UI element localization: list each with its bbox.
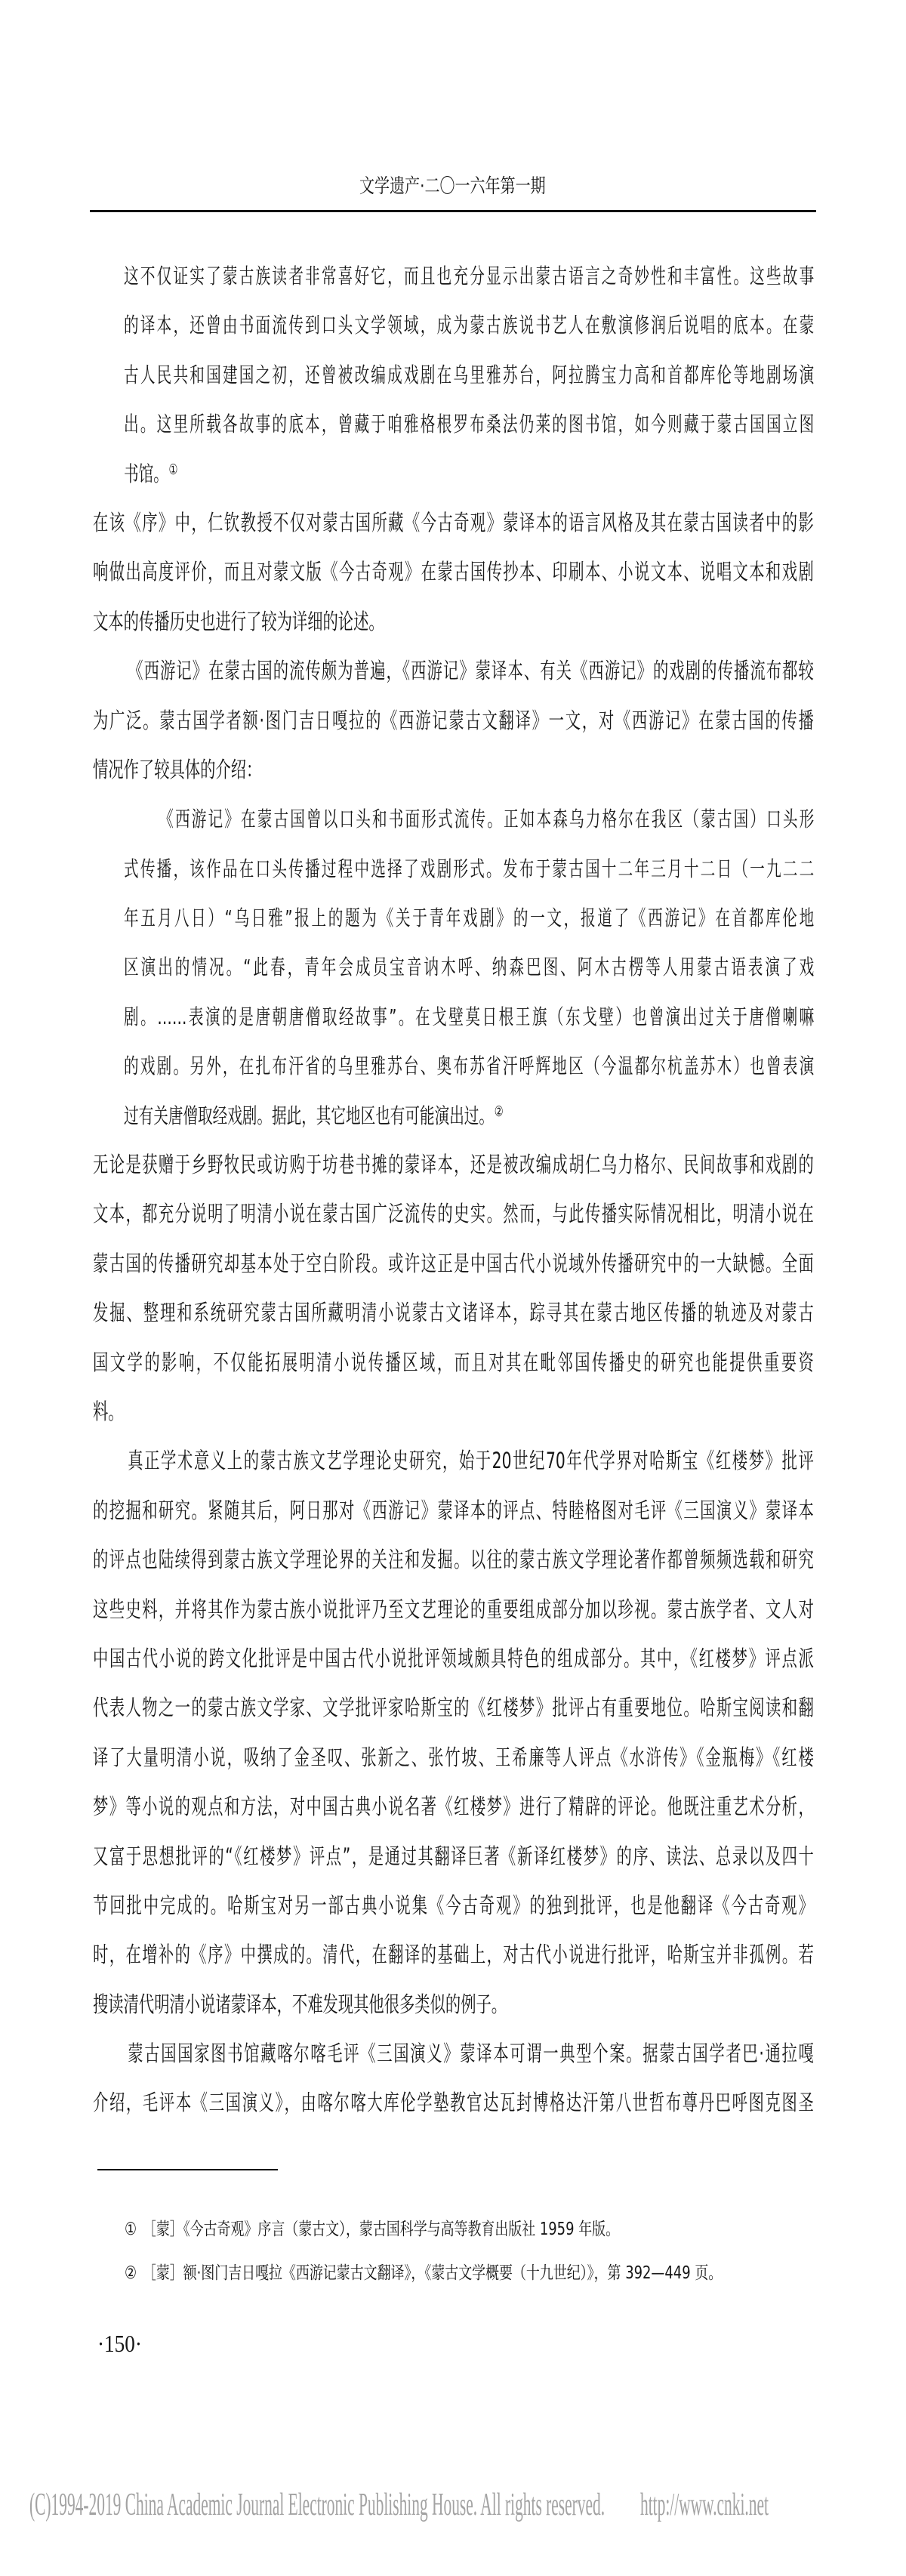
body-text-line: 情况作了较具体的介绍： (93, 745, 814, 794)
body-text-line: 在该《序》中，仁钦教授不仅对蒙古国所藏《今古奇观》蒙译本的语言风格及其在蒙古国读… (93, 498, 814, 548)
body-text-line: 真正学术意义上的蒙古族文艺学理论史研究，始于20世纪70年代学界对哈斯宝《红楼梦… (93, 1436, 814, 1485)
block-quote-line: 年五月八日）“乌日雅”报上的题为《关于青年戏剧》的一文，报道了《西游记》在首都库… (124, 893, 814, 942)
block-quote: 这不仅证实了蒙古族读者非常喜好它，而且也充分显示出蒙古语言之奇妙性和丰富性。这些… (93, 251, 814, 498)
body-text-line: 的评点也陆续得到蒙古族文学理论界的关注和发掘。以往的蒙古族文学理论著作都曾频频选… (93, 1535, 814, 1584)
footnote-reference: ① (169, 461, 178, 478)
paragraph: 无论是获赠于乡野牧民或访购于坊巷书摊的蒙译本，还是被改编成胡仁乌力格尔、民间故事… (93, 1140, 814, 1436)
footnote-marker: ① (125, 2220, 137, 2239)
block-quote-line: 《西游记》在蒙古国曾以口头和书面形式流传。正如本森乌力格尔在我区（蒙古国）口头形 (124, 794, 814, 844)
body-text-line: 发掘、整理和系统研究蒙古国所藏明清小说蒙古文诸译本，踪寻其在蒙古地区传播的轨迹及… (93, 1288, 814, 1337)
body-text-line: 代表人物之一的蒙古族文学家、文学批评家哈斯宝的《红楼梦》批评占有重要地位。哈斯宝… (93, 1683, 814, 1732)
body-text-line: 又富于思想批评的“《红楼梦》评点”，是通过其翻译巨著《新译红楼梦》的序、读法、总… (93, 1832, 814, 1881)
block-quote-line: 书馆。① (124, 449, 814, 498)
block-quote: 《西游记》在蒙古国曾以口头和书面形式流传。正如本森乌力格尔在我区（蒙古国）口头形… (93, 794, 814, 1140)
body-text-line: 译了大量明清小说，吸纳了金圣叹、张新之、张竹坡、王希廉等人评点《水浒传》《金瓶梅… (93, 1733, 814, 1782)
paragraph: 在该《序》中，仁钦教授不仅对蒙古国所藏《今古奇观》蒙译本的语言风格及其在蒙古国读… (93, 498, 814, 646)
body-text-line: 这些史料，并将其作为蒙古族小说批评乃至文艺理论的重要组成部分加以珍视。蒙古族学者… (93, 1585, 814, 1634)
journal-page: 文学遗产·二〇一六年第一期 这不仅证实了蒙古族读者非常喜好它，而且也充分显示出蒙… (0, 0, 906, 2576)
body-text-line: 介绍，毛评本《三国演义》，由喀尔喀大库伦学塾教官达瓦封博格达汗第八世哲布尊丹巴呼… (93, 2078, 814, 2127)
body-text-line: 的挖掘和研究。紧随其后，阿日那对《西游记》蒙译本的评点、特睦格图对毛评《三国演义… (93, 1486, 814, 1535)
block-quote-line: 区演出的情况。“此春，青年会成员宝音讷木呼、纳森巴图、阿木古楞等人用蒙古语表演了… (124, 942, 814, 992)
header-rule (90, 210, 816, 212)
body-text-line: 文本，都充分说明了明清小说在蒙古国广泛流传的史实。然而，与此传播实际情况相比，明… (93, 1189, 814, 1239)
running-title: 文学遗产·二〇一六年第一期 (103, 175, 801, 198)
body-text-line: 梦》等小说的观点和方法，对中国古典小说名著《红楼梦》进行了精辟的评论。他既注重艺… (93, 1782, 814, 1831)
block-quote-line: 的译本，还曾由书面流传到口头文学领域，成为蒙古族说书艺人在敷演修润后说唱的底本。… (124, 301, 814, 350)
block-quote-line: 式传播，该作品在口头传播过程中选择了戏剧形式。发布于蒙古国十二年三月十二日（一九… (124, 844, 814, 893)
body-text-line: 蒙古国国家图书馆藏喀尔喀毛评《三国演义》蒙译本可谓一典型个案。据蒙古国学者巴·通… (93, 2029, 814, 2078)
block-quote-line-text: 过有关唐僧取经戏剧。据此，其它地区也有可能演出过。 (124, 1103, 494, 1128)
watermark-url: http://www.cnki.net (640, 2489, 769, 2521)
footnote-2: ②［蒙］额·图门吉日嘎拉《西游记蒙古文翻译》，《蒙古文学概要（十九世纪）》，第 … (125, 2258, 722, 2288)
body-text-line: 料。 (93, 1387, 814, 1436)
paragraph: 蒙古国国家图书馆藏喀尔喀毛评《三国演义》蒙译本可谓一典型个案。据蒙古国学者巴·通… (93, 2029, 814, 2128)
footnote-marker: ② (125, 2263, 137, 2283)
body-text-line: 文本的传播历史也进行了较为详细的论述。 (93, 597, 814, 646)
footnote-rule (97, 2169, 278, 2170)
body-text-line: 国文学的影响，不仅能拓展明清小说传播区域，而且对其在毗邻国传播史的研究也能提供重… (93, 1338, 814, 1387)
paragraph: 《西游记》在蒙古国的流传颇为普遍，《西游记》蒙译本、有关《西游记》的戏剧的传播流… (93, 646, 814, 794)
body-text-line: 为广泛。蒙古国学者额·图门吉日嘎拉的《西游记蒙古文翻译》一文，对《西游记》在蒙古… (93, 696, 814, 745)
body-text-line: 时，在增补的《序》中撰成的。清代，在翻译的基础上，对古代小说进行批评，哈斯宝并非… (93, 1930, 814, 1979)
footnote-text: ［蒙］《今古奇观》序言（蒙古文），蒙古国科学与高等教育出版社 1959 年版。 (143, 2220, 619, 2239)
block-quote-line: 出。这里所载各故事的底本，曾藏于咱雅格根罗布桑法仍莱的图书馆，如今则藏于蒙古国国… (124, 400, 814, 449)
block-quote-line: 过有关唐僧取经戏剧。据此，其它地区也有可能演出过。② (124, 1091, 814, 1140)
block-quote-line: 的戏剧。另外，在扎布汗省的乌里雅苏台、奥布苏省汗呼辉地区（今温都尔杭盖苏木）也曾… (124, 1041, 814, 1091)
body-text-line: 无论是获赠于乡野牧民或访购于坊巷书摊的蒙译本，还是被改编成胡仁乌力格尔、民间故事… (93, 1140, 814, 1189)
block-quote-line-text: 书馆。 (124, 461, 168, 486)
block-quote-line: 剧。……表演的是唐朝唐僧取经故事”。在戈壁莫日根王旗（东戈壁）也曾演出过关于唐僧… (124, 992, 814, 1041)
body-text-line: 节回批中完成的。哈斯宝对另一部古典小说集《今古奇观》的独到批评，也是他翻译《今古… (93, 1881, 814, 1930)
page-number: ·150· (97, 2328, 142, 2359)
body-text-line: 搜读清代明清小说诸蒙译本，不难发现其他很多类似的例子。 (93, 1980, 814, 2029)
body-text-line: 《西游记》在蒙古国的流传颇为普遍，《西游记》蒙译本、有关《西游记》的戏剧的传播流… (93, 646, 814, 696)
footnote-reference: ② (495, 1103, 504, 1120)
footnote-1: ①［蒙］《今古奇观》序言（蒙古文），蒙古国科学与高等教育出版社 1959 年版。 (125, 2214, 619, 2244)
body-text-line: 响做出高度评价，而且对蒙文版《今古奇观》在蒙古国传抄本、印刷本、小说文本、说唱文… (93, 548, 814, 597)
article-body: 这不仅证实了蒙古族读者非常喜好它，而且也充分显示出蒙古语言之奇妙性和丰富性。这些… (93, 251, 814, 2128)
copyright-notice: (C)1994-2019 China Academic Journal Elec… (29, 2489, 605, 2521)
block-quote-line: 这不仅证实了蒙古族读者非常喜好它，而且也充分显示出蒙古语言之奇妙性和丰富性。这些… (124, 251, 814, 301)
paragraph: 真正学术意义上的蒙古族文艺学理论史研究，始于20世纪70年代学界对哈斯宝《红楼梦… (93, 1436, 814, 2029)
block-quote-line: 古人民共和国建国之初，还曾被改编成戏剧在乌里雅苏台，阿拉腾宝力高和首都库伦等地剧… (124, 350, 814, 400)
body-text-line: 蒙古国的传播研究却基本处于空白阶段。或许这正是中国古代小说域外传播研究中的一大缺… (93, 1239, 814, 1288)
footnote-text: ［蒙］额·图门吉日嘎拉《西游记蒙古文翻译》，《蒙古文学概要（十九世纪）》，第 3… (143, 2263, 722, 2283)
body-text-line: 中国古代小说的跨文化批评是中国古代小说批评领域颇具特色的组成部分。其中，《红楼梦… (93, 1634, 814, 1683)
